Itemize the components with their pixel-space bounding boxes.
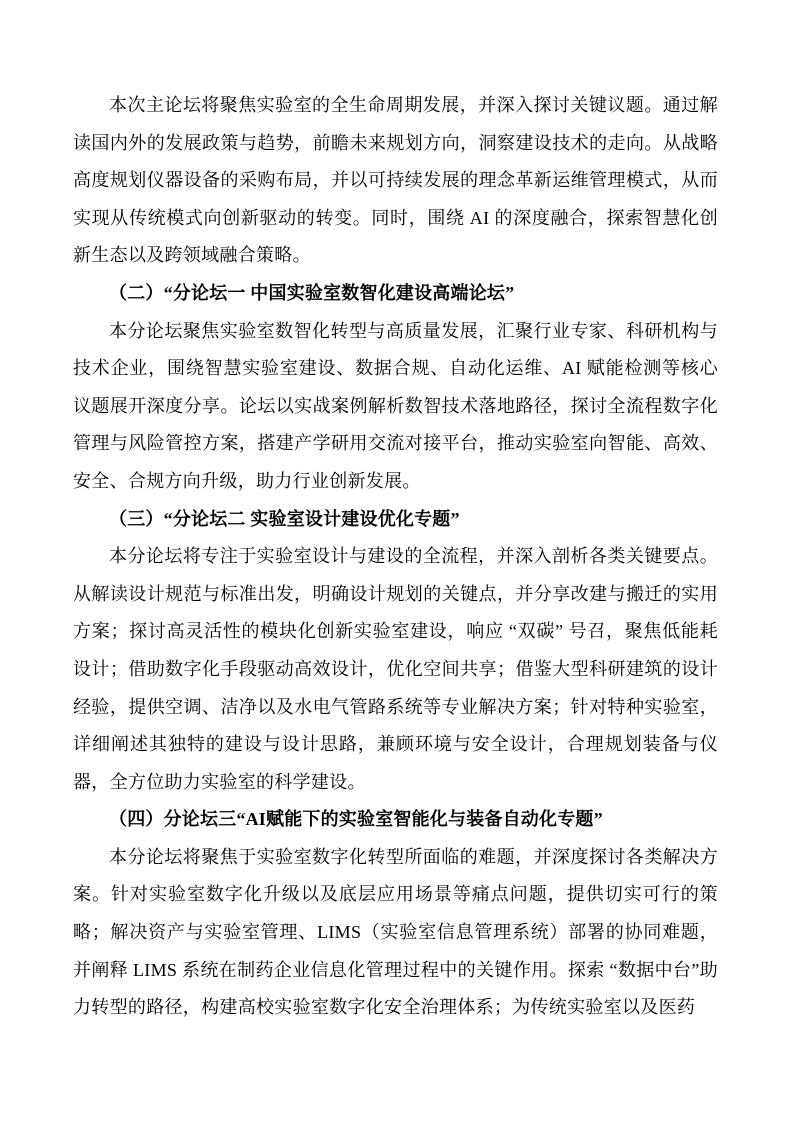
document-content: 本次主论坛将聚焦实验室的全生命周期发展，并深入探讨关键议题。通过解读国内外的发展… [0, 0, 794, 1027]
body-paragraph: 本分论坛将专注于实验室设计与建设的全流程，并深入剖析各类关键要点。从解读设计规范… [73, 538, 718, 801]
body-paragraph: 本次主论坛将聚焦实验室的全生命周期发展，并深入探讨关键议题。通过解读国内外的发展… [73, 87, 718, 275]
document-page: 本次主论坛将聚焦实验室的全生命周期发展，并深入探讨关键议题。通过解读国内外的发展… [0, 0, 794, 1123]
body-paragraph: 本分论坛将聚焦于实验室数字化转型所面临的难题，并深度探讨各类解决方案。针对实验室… [73, 839, 718, 1027]
section-heading: （二）“分论坛一 中国实验室数智化建设高端论坛” [73, 275, 718, 313]
body-paragraph: 本分论坛聚焦实验室数智化转型与高质量发展，汇聚行业专家、科研机构与技术企业，围绕… [73, 313, 718, 501]
section-heading: （三）“分论坛二 实验室设计建设优化专题” [73, 501, 718, 539]
section-heading: （四）分论坛三“AI赋能下的实验室智能化与装备自动化专题” [73, 801, 718, 839]
